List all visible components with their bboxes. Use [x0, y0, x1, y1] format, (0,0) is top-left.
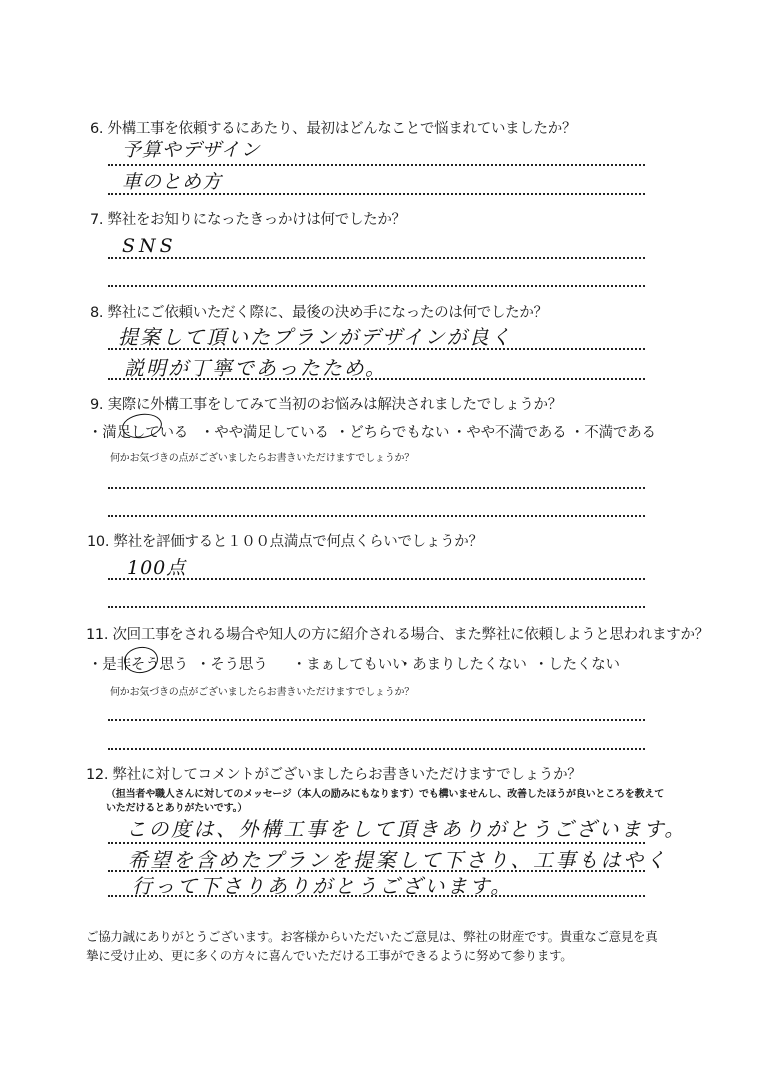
- question-11-sub-label: 何かお気づきの点がございましたらお書きいただけますでしょうか？: [110, 683, 414, 698]
- answer-line: [108, 606, 645, 608]
- question-9-sub-label: 何かお気づきの点がございましたらお書きいただけますでしょうか？: [110, 449, 414, 464]
- footer-thanks-line-2: 摯に受け止め、更に多くの方々に喜んでいただける工事ができるように努めて参ります。: [86, 945, 573, 966]
- question-12-answer-1: この度は、外構工事をして頂きありがとうございます。: [126, 813, 687, 842]
- question-8-answer-1: 提案して頂いたプランがデザインが良く: [118, 321, 513, 350]
- question-8-answer-2: 説明が丁寧であったため。: [124, 352, 387, 381]
- q11-option-rather-not[interactable]: ・あまりしたくない: [398, 653, 527, 674]
- q9-option-neutral[interactable]: ・どちらでもない: [335, 421, 449, 442]
- question-6-answer-2: 車のとめ方: [122, 167, 222, 194]
- answer-line: [108, 257, 645, 259]
- answer-line: [108, 193, 645, 195]
- question-6-answer-1: 予算やデザイン: [122, 135, 261, 162]
- q9-option-somewhat-dissatisfied[interactable]: ・やや不満である: [452, 421, 566, 442]
- question-10-label: 10. 弊社を評価すると１００点満点で何点くらいでしょうか？: [87, 530, 483, 551]
- q11-option-no[interactable]: ・したくない: [534, 653, 620, 674]
- question-11-label: 11. 次回工事をされる場合や知人の方に紹介される場合、また弊社に依頼しようと思…: [86, 623, 709, 644]
- question-7-answer-1: SNS: [122, 235, 177, 257]
- answer-line[interactable]: [108, 487, 645, 489]
- question-12-note-line-1: （担当者や職人さんに対してのメッセージ（本人の励みにもなります）でも構いませんし…: [106, 785, 664, 800]
- answer-line: [108, 348, 645, 350]
- question-9-label: 9. 実際に外構工事をしてみて当初のお悩みは解決されましたでしょうか？: [90, 393, 562, 414]
- answer-line: [108, 164, 645, 166]
- answer-line: [108, 578, 645, 580]
- question-12-label: 12. 弊社に対してコメントがございましたらお書きいただけますでしょうか？: [86, 763, 582, 784]
- question-7-label: 7. 弊社をお知りになったきっかけは何でしたか？: [90, 208, 406, 229]
- answer-line: [108, 895, 645, 897]
- answer-line[interactable]: [108, 748, 645, 750]
- question-8-label: 8. 弊社にご依頼いただく際に、最後の決め手になったのは何でしたか？: [90, 301, 548, 322]
- q11-option-maybe[interactable]: ・まぁしてもいい: [292, 653, 406, 674]
- q9-option-somewhat-satisfied[interactable]: ・やや満足している: [200, 421, 329, 442]
- question-12-note-line-2: いただけるとありがたいです。）: [106, 799, 247, 814]
- question-10-answer-1: 100点: [127, 553, 186, 580]
- q9-option-dissatisfied[interactable]: ・不満である: [570, 421, 656, 442]
- question-12-answer-2: 希望を含めたプランを提案して下さり、工事もはやく: [128, 844, 668, 873]
- answer-line: [108, 378, 645, 380]
- footer-thanks-line-1: ご協力誠にありがとうございます。お客様からいただいたご意見は、弊社の財産です。貴…: [86, 926, 657, 947]
- answer-line[interactable]: [108, 515, 645, 517]
- answer-line: [108, 285, 645, 287]
- answer-line[interactable]: [108, 719, 645, 721]
- q11-option-yes[interactable]: ・そう思う: [196, 653, 268, 674]
